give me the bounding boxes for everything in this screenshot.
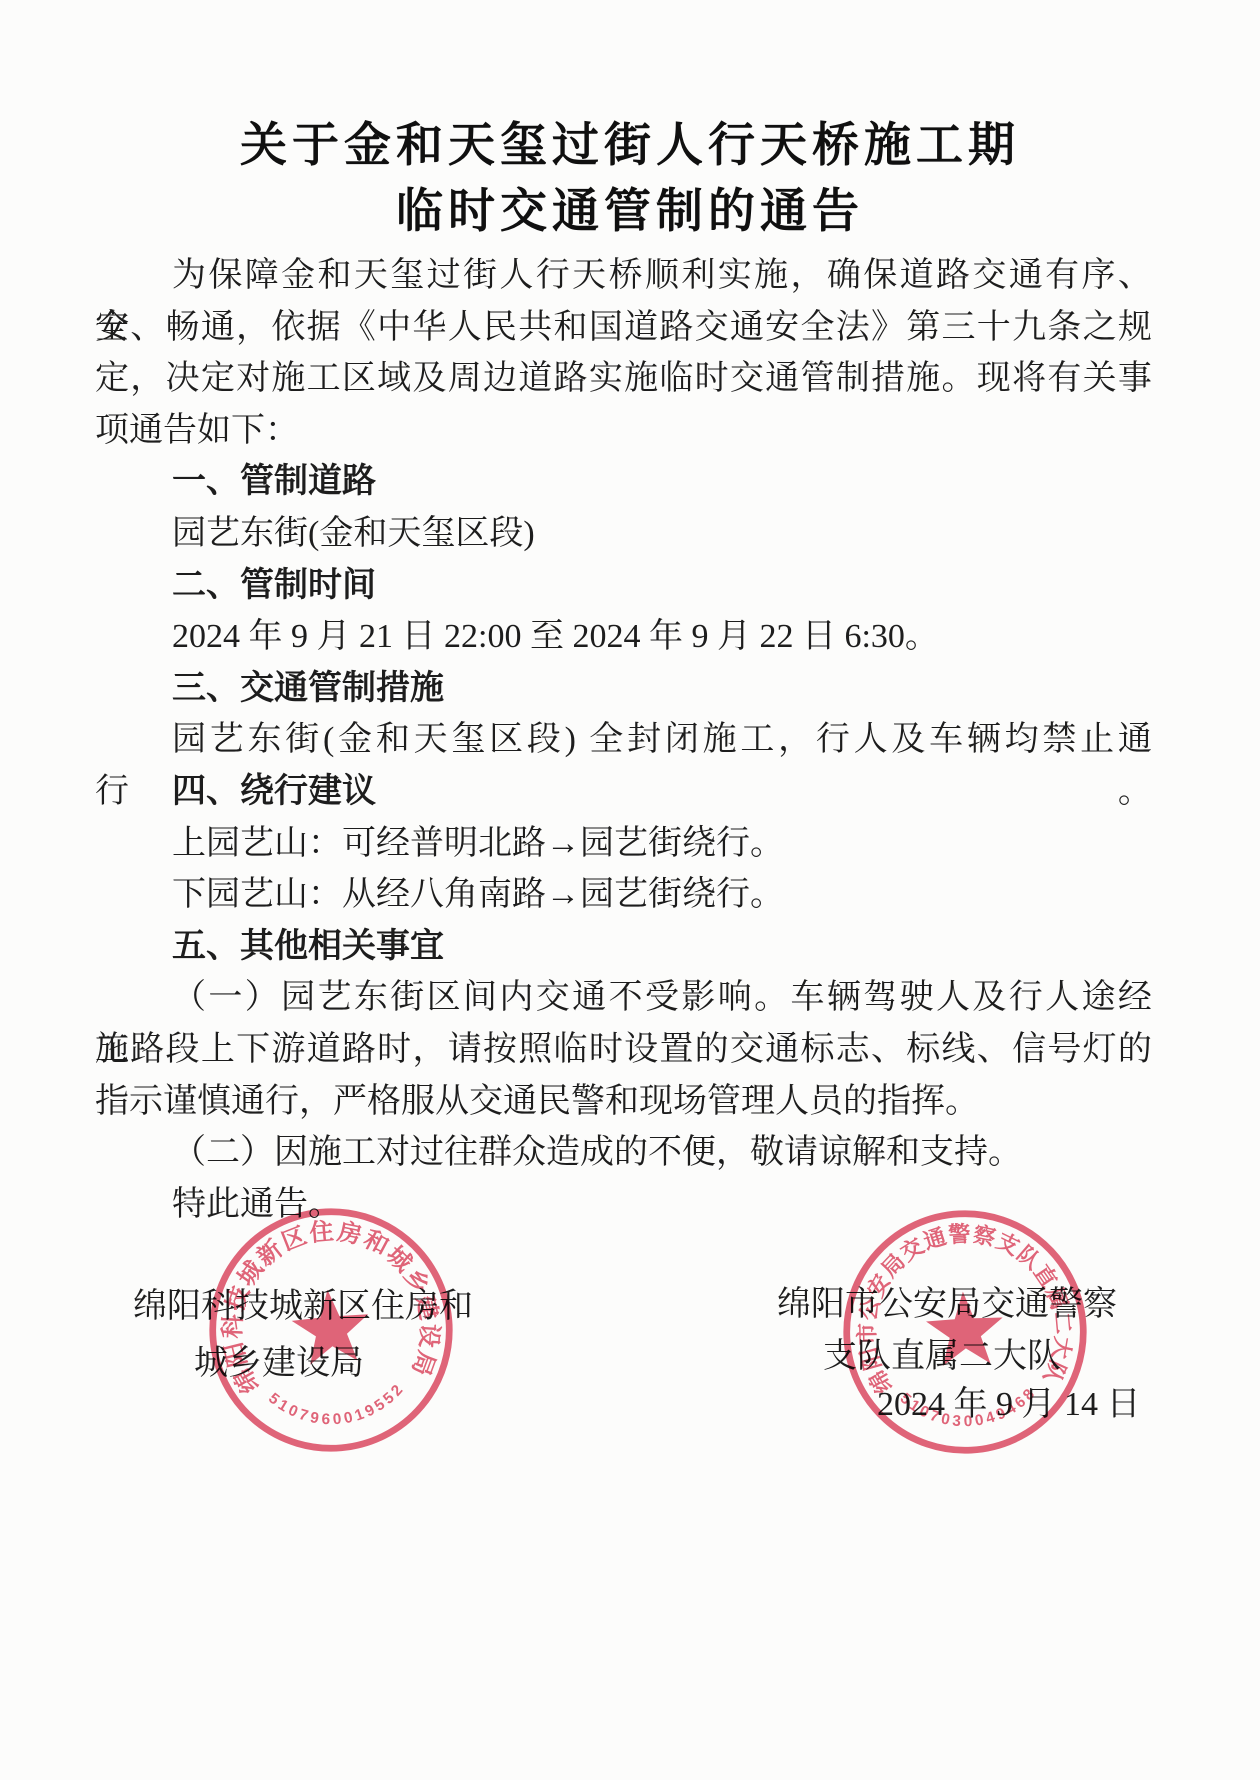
body-line: 定，决定对施工区域及周边道路实施临时交通管制措施。现将有关事: [95, 353, 1153, 405]
body-line: 园艺东街(金和天玺区段): [95, 508, 1153, 560]
body-line: （二）因施工对过往群众造成的不便，敬请谅解和支持。: [95, 1127, 1153, 1179]
document-title: 关于金和天玺过街人行天桥施工期 临时交通管制的通告: [0, 112, 1260, 244]
body-line: 指示谨慎通行，严格服从交通民警和现场管理人员的指挥。: [95, 1076, 1153, 1128]
body-line: 全、畅通，依据《中华人民共和国道路交通安全法》第三十九条之规: [95, 302, 1153, 354]
body-line: 上园艺山：可经普明北路→园艺街绕行。: [95, 818, 1153, 870]
star-icon: [289, 1286, 372, 1365]
star-icon: [925, 1290, 1005, 1367]
title-line-1: 关于金和天玺过街人行天桥施工期: [0, 112, 1260, 178]
body-line: 五、其他相关事宜: [95, 921, 1153, 973]
body-line: 工路段上下游道路时，请按照临时设置的交通标志、标线、信号灯的: [95, 1024, 1153, 1076]
stamp-serial-left: 5107960019552: [264, 1378, 411, 1434]
notice-document: 关于金和天玺过街人行天桥施工期 临时交通管制的通告 为保障金和天玺过街人行天桥顺…: [0, 0, 1260, 1780]
stamp-serial-right: 5107030049468: [896, 1383, 1042, 1434]
svg-text:5107960019552: 5107960019552: [264, 1378, 411, 1434]
svg-text:5107030049468: 5107030049468: [896, 1383, 1042, 1434]
body-line: 一、管制道路: [95, 456, 1153, 508]
title-line-2: 临时交通管制的通告: [0, 178, 1260, 244]
body-line: （一）园艺东街区间内交通不受影响。车辆驾驶人及行人途经施: [95, 972, 1153, 1024]
official-stamp-right: 绵阳市公安局交通警察支队直属二大队 5107030049468: [834, 1201, 1097, 1464]
body-line: 三、交通管制措施: [95, 663, 1153, 715]
body-line: 二、管制时间: [95, 560, 1153, 612]
body-line: 2024 年 9 月 21 日 22:00 至 2024 年 9 月 22 日 …: [95, 611, 1153, 663]
body-line: 项通告如下：: [95, 405, 1153, 457]
official-stamp-left: 绵阳科技城新区住房和城乡建设局 5107960019552: [196, 1195, 467, 1466]
body-line: 下园艺山：从经八角南路→园艺街绕行。: [95, 869, 1153, 921]
body-lines: 为保障金和天玺过街人行天桥顺利实施，确保道路交通有序、安全、畅通，依据《中华人民…: [95, 250, 1153, 1230]
body-line: 园艺东街(金和天玺区段) 全封闭施工，行人及车辆均禁止通行。: [95, 714, 1153, 766]
body-line: 为保障金和天玺过街人行天桥顺利实施，确保道路交通有序、安: [95, 250, 1153, 302]
